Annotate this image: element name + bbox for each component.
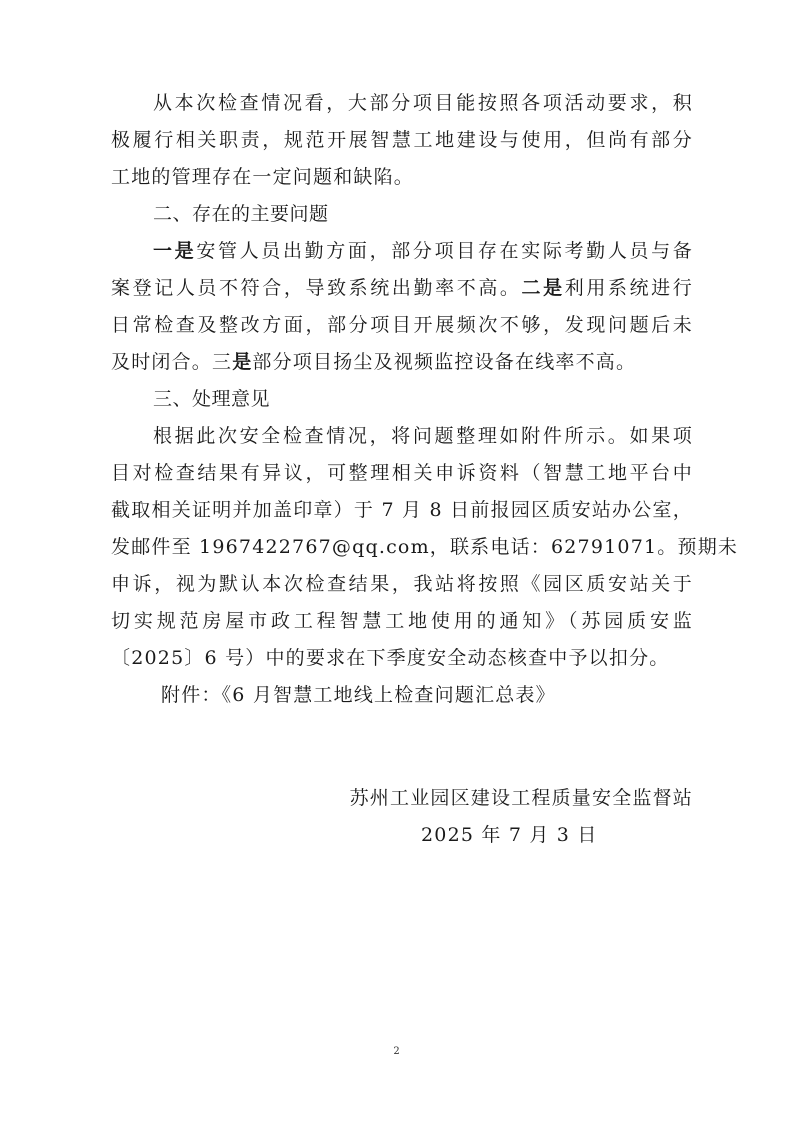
document-body: 从本次检查情况看，大部分项目能按照各项活动要求，积 极履行相关职责，规范开展智慧…	[111, 85, 693, 714]
paragraph-line: 工地的管理存在一定问题和缺陷。	[111, 159, 693, 196]
issues-text: 部分项目扬尘及视频监控设备在线率不高。	[252, 351, 636, 373]
bold-label-third: 是	[232, 351, 252, 373]
handling-line: 切实规范房屋市政工程智慧工地使用的通知》（苏园质安监	[111, 603, 693, 640]
section-heading-main-issues: 二、存在的主要问题	[111, 196, 693, 233]
handling-line: 根据此次安全检查情况，将问题整理如附件所示。如果项	[111, 418, 693, 455]
handling-line: 申诉，视为默认本次检查结果，我站将按照《园区质安站关于	[111, 566, 693, 603]
signature-organization: 苏州工业园区建设工程质量安全监督站	[111, 780, 693, 817]
paragraph-line: 极履行相关职责，规范开展智慧工地建设与使用，但尚有部分	[111, 122, 693, 159]
issues-text: 及时闭合。三	[111, 351, 232, 373]
paragraph-line: 从本次检查情况看，大部分项目能按照各项活动要求，积	[111, 85, 693, 122]
issues-line: 日常检查及整改方面，部分项目开展频次不够，发现问题后未	[111, 307, 693, 344]
issues-text: 利用系统进行	[565, 277, 693, 299]
bold-label-second: 二是	[522, 277, 565, 299]
handling-line: 截取相关证明并加盖印章）于 7 月 8 日前报园区质安站办公室，	[111, 492, 693, 529]
section-heading-handling: 三、处理意见	[111, 381, 693, 418]
issues-text: 案登记人员不符合，导致系统出勤率不高。	[111, 277, 522, 299]
page-number: 2	[0, 1046, 793, 1057]
issues-line: 案登记人员不符合，导致系统出勤率不高。二是利用系统进行	[111, 270, 693, 307]
handling-line-contact: 发邮件至 1967422767@qq.com，联系电话：62791071。预期未	[111, 529, 693, 566]
issues-text: 安管人员出勤方面，部分项目存在实际考勤人员与备	[196, 240, 693, 262]
attachment-note: 附件：《6 月智慧工地线上检查问题汇总表》	[111, 677, 693, 714]
signature-date: 2025 年 7 月 3 日	[421, 817, 598, 854]
issues-line: 一是安管人员出勤方面，部分项目存在实际考勤人员与备	[111, 233, 693, 270]
document-page: 从本次检查情况看，大部分项目能按照各项活动要求，积 极履行相关职责，规范开展智慧…	[0, 0, 793, 1122]
handling-line: 〔2025〕6 号）中的要求在下季度安全动态核查中予以扣分。	[111, 640, 693, 677]
bold-label-first: 一是	[153, 240, 196, 262]
handling-line: 目对检查结果有异议，可整理相关申诉资料（智慧工地平台中	[111, 455, 693, 492]
issues-line: 及时闭合。三是部分项目扬尘及视频监控设备在线率不高。	[111, 344, 693, 381]
